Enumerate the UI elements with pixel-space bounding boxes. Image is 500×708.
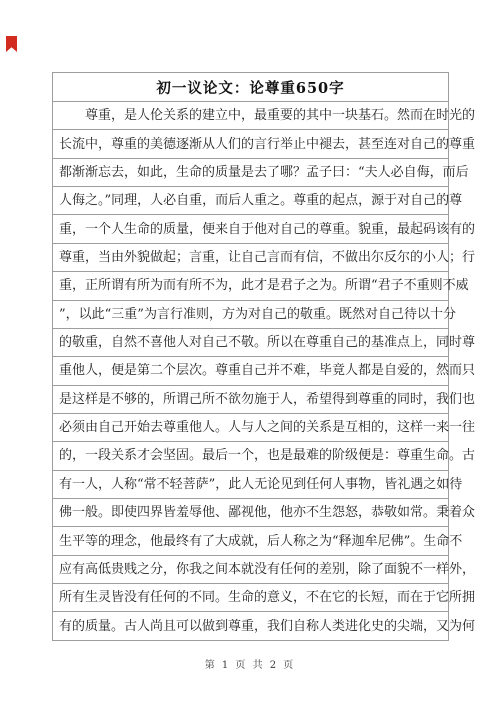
- essay-line: 长流中，尊重的美德逐渐从人们的言行举止中褪去，甚至连对自己的尊重: [53, 129, 448, 157]
- essay-line: 重他人，便是第二个层次。尊重自己并不难，毕竟人都是自爱的，然而只: [53, 356, 448, 384]
- essay-line-text: ”，以此“三重”为言行准则，方为对自己的敬重。既然对自己待以十分: [59, 308, 442, 321]
- essay-line: 是这样是不够的，所谓己所不欲勿施于人，希望得到尊重的同时，我们也: [53, 385, 448, 413]
- essay-line-text: 长流中，尊重的美德逐渐从人们的言行举止中褪去，甚至连对自己的尊重: [59, 138, 442, 151]
- essay-line-text: 有的质量。古人尚且可以做到尊重，我们自称人类进化史的尖端，又为何: [59, 620, 442, 633]
- essay-line: 必须由自己开始去尊重他人。人与人之间的关系是互相的，这样一来一往: [53, 413, 448, 441]
- essay-line-text: 生平等的理念，他最终有了大成就，后人称之为“释迦牟尼佛”。生命不: [59, 535, 442, 548]
- essay-line: 佛一般。即使四界皆羞辱他、鄙视他，他亦不生怨怒，恭敬如常。秉着众: [53, 498, 448, 526]
- essay-line: 重，正所谓有所为而有所不为，此才是君子之为。所谓“君子不重则不威: [53, 271, 448, 299]
- essay-line-text: 所有生灵皆没有任何的不同。生命的意义，不在它的长短，而在于它所拥: [59, 591, 442, 604]
- essay-line: 尊重，是人伦关系的建立中，最重要的其中一块基石。然而在时光的: [53, 101, 448, 129]
- essay-line: 尊重，当由外貌做起；言重，让自己言而有信，不做出尔反尔的小人；行: [53, 243, 448, 271]
- essay-line: 有一人，人称“常不轻菩萨”，此人无论见到任何人事物，皆礼遇之如待: [53, 470, 448, 498]
- essay-line-text: 重，正所谓有所为而有所不为，此才是君子之为。所谓“君子不重则不威: [59, 279, 442, 292]
- essay-line-text: 尊重，是人伦关系的建立中，最重要的其中一块基石。然而在时光的: [59, 109, 442, 122]
- essay-line: 都渐渐忘去，如此，生命的质量是去了哪？孟子曰：“夫人必自侮，而后: [53, 158, 448, 186]
- essay-line-text: 重，一个人生命的质量，便来自于他对自己的尊重。貌重，最起码该有的: [59, 223, 442, 236]
- essay-line: 的敬重，自然不喜他人对自己不敬。所以在尊重自己的基准点上，同时尊: [53, 328, 448, 356]
- essay-table: 初一议论文：论尊重650字 尊重，是人伦关系的建立中，最重要的其中一块基石。然而…: [52, 72, 449, 641]
- essay-line-text: 佛一般。即使四界皆羞辱他、鄙视他，他亦不生怨怒，恭敬如常。秉着众: [59, 506, 442, 519]
- page-number: 第 1 页 共 2 页: [0, 656, 500, 671]
- essay-line-text: 的，一段关系才会坚固。最后一个，也是最难的阶级便是：尊重生命。古: [59, 449, 442, 462]
- essay-line-text: 重他人，便是第二个层次。尊重自己并不难，毕竟人都是自爱的，然而只: [59, 364, 442, 377]
- essay-line: ”，以此“三重”为言行准则，方为对自己的敬重。既然对自己待以十分: [53, 300, 448, 328]
- essay-line-text: 是这样是不够的，所谓己所不欲勿施于人，希望得到尊重的同时，我们也: [59, 393, 442, 406]
- essay-line-text: 的敬重，自然不喜他人对自己不敬。所以在尊重自己的基准点上，同时尊: [59, 336, 442, 349]
- essay-line-text: 应有高低贵贱之分，你我之间本就没有任何的差别，除了面貌不一样外，: [59, 563, 442, 576]
- essay-line: 应有高低贵贱之分，你我之间本就没有任何的差别，除了面貌不一样外，: [53, 555, 448, 583]
- essay-line: 人侮之。”同理，人必自重，而后人重之。尊重的起点，源于对自己的尊: [53, 186, 448, 214]
- essay-line: 重，一个人生命的质量，便来自于他对自己的尊重。貌重，最起码该有的: [53, 214, 448, 242]
- essay-line: 所有生灵皆没有任何的不同。生命的意义，不在它的长短，而在于它所拥: [53, 583, 448, 611]
- page-title: 初一议论文：论尊重650字: [53, 73, 448, 101]
- essay-line: 的，一段关系才会坚固。最后一个，也是最难的阶级便是：尊重生命。古: [53, 441, 448, 469]
- essay-line-text: 尊重，当由外貌做起；言重，让自己言而有信，不做出尔反尔的小人；行: [59, 251, 442, 264]
- essay-line-text: 必须由自己开始去尊重他人。人与人之间的关系是互相的，这样一来一往: [59, 421, 442, 434]
- essay-line: 生平等的理念，他最终有了大成就，后人称之为“释迦牟尼佛”。生命不: [53, 526, 448, 554]
- essay-line-text: 人侮之。”同理，人必自重，而后人重之。尊重的起点，源于对自己的尊: [59, 194, 442, 207]
- essay-line: 有的质量。古人尚且可以做到尊重，我们自称人类进化史的尖端，又为何: [53, 611, 448, 639]
- red-bookmark-icon: [6, 36, 17, 52]
- essay-line-text: 有一人，人称“常不轻菩萨”，此人无论见到任何人事物，皆礼遇之如待: [59, 478, 442, 491]
- essay-line-text: 都渐渐忘去，如此，生命的质量是去了哪？孟子曰：“夫人必自侮，而后: [59, 166, 442, 179]
